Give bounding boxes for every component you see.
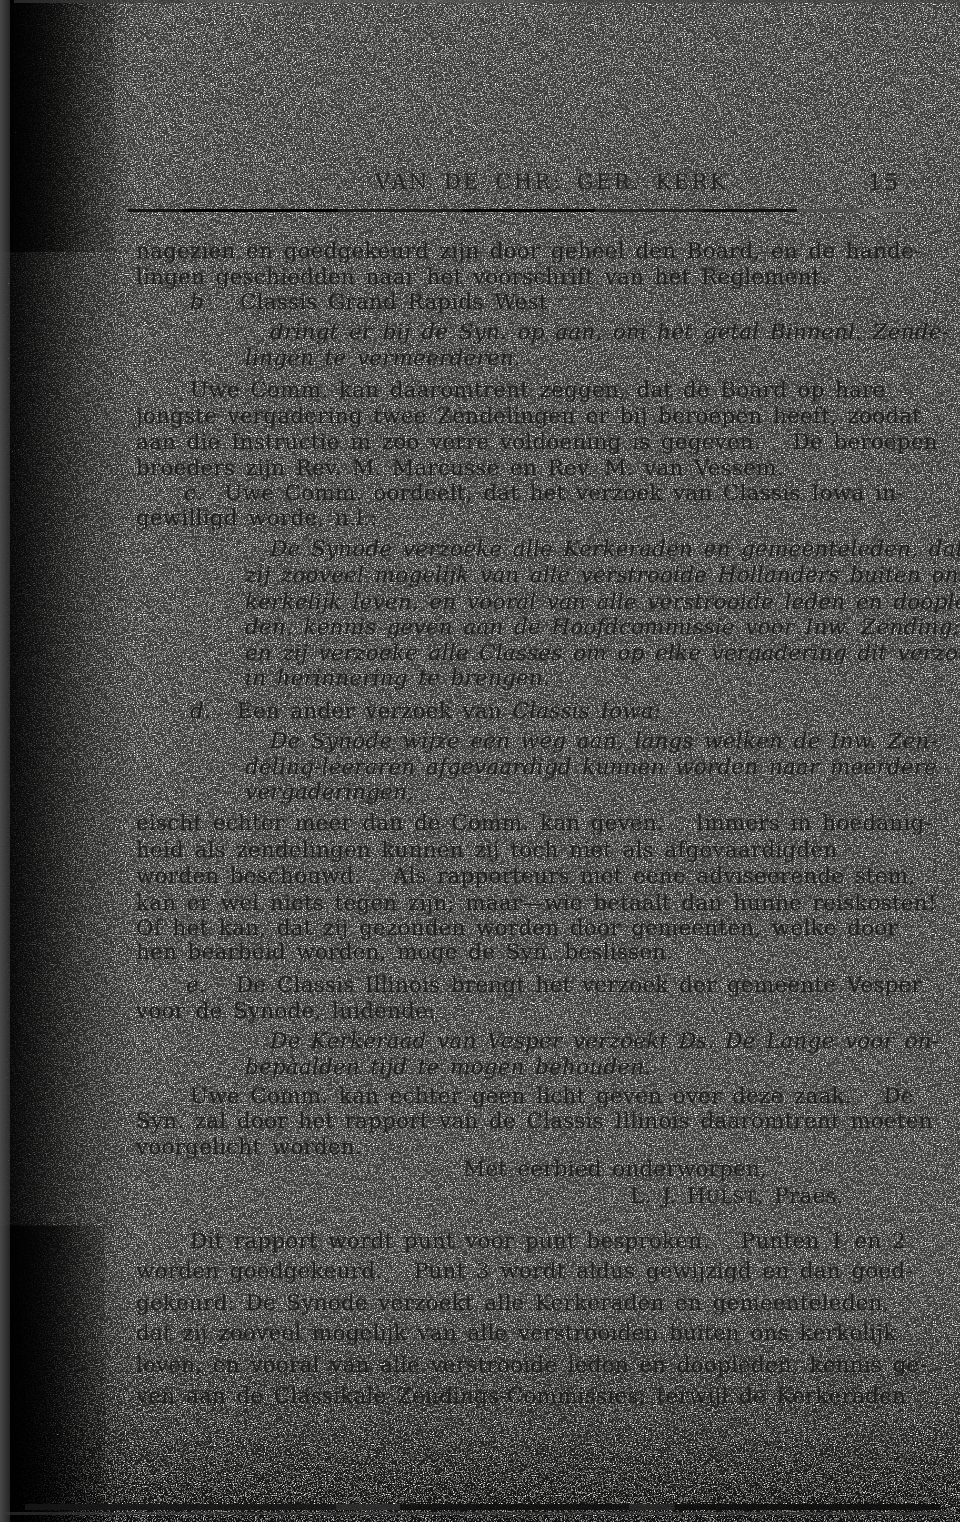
item-marker: b (190, 291, 204, 315)
body-line: hen bearbeid worden, moge de Syn. beslis… (136, 941, 673, 965)
body-line: broeders zijn Rev. M. Marcusse en Rev. M… (136, 457, 784, 481)
body-line: aan die Instructie in zoo verre voldoeni… (136, 431, 938, 455)
quote-line: De Synode wijze een weg aan, langs welke… (270, 730, 937, 754)
closing-line: Met eerbied onderworpen, (463, 1158, 767, 1182)
body-line: kan er wel niets tegen zijn; maar—wie be… (136, 892, 937, 916)
item-b-line: bClassis Grand Rapids West (190, 291, 548, 315)
body-line: gewilligd worde, n.l.: (136, 507, 378, 531)
body-line: gekeurd: De Synode verzoekt alle Kerkera… (136, 1292, 890, 1316)
quote-line: vergaderingen, (245, 781, 414, 805)
body-line: heid als zendelingen kunnen zij toch nie… (136, 839, 837, 863)
body-line: worden beschouwd. Als rapporteurs met ee… (136, 865, 915, 889)
body-line: dat zij zooveel mogelijk van alle verstr… (136, 1322, 897, 1346)
body-line: Syn. zal door het rapport van de Classis… (136, 1110, 933, 1134)
quote-line: De Kerkeraad van Vesper verzoekt Ds. De … (270, 1030, 939, 1054)
body-line: jongste vergadering twee Zendelingen er … (136, 405, 921, 429)
quote-line: en zij verzoeke alle Classes om op elke … (245, 642, 960, 666)
item-text-italic: Classis Iowa: (512, 699, 661, 724)
body-line: nagezien en goedgekeurd zijn door geheel… (136, 240, 921, 264)
signature-smallcaps: ULST (706, 1188, 757, 1208)
quote-line: kerkelijk leven, en vooral van alle vers… (245, 591, 960, 615)
item-e-line: e.De Classis Illinois brengt het verzoek… (186, 974, 922, 998)
body-line: voor de Synode, luidende: (136, 1000, 435, 1024)
body-line: worden goedgekeurd. Punt 3 wordt aldus g… (136, 1260, 913, 1284)
body-line: Uwe Comm. kan echter geen licht geven ov… (190, 1085, 914, 1109)
quote-line: bepàalden tijd te mogen behouden. (245, 1056, 651, 1080)
body-line: Uwe Comm. kan daaromtrent zeggen, dat de… (190, 379, 886, 403)
quote-line: in herinnering te brengen. (245, 667, 550, 691)
quote-line: lingen te vermeerderen. (245, 347, 521, 371)
item-marker: c. (184, 482, 203, 506)
signature-line: L. J. HULST, Praes. (630, 1185, 844, 1209)
item-text: Een ander verzoek van (237, 699, 512, 724)
body-line: ven aan de Classikale Zendings-Commissie… (136, 1385, 906, 1409)
body-line: leven, en vooral van alle verstrooide le… (136, 1354, 927, 1378)
item-text: De Classis Illinois brengt het verzoek d… (236, 973, 922, 998)
body-line: lingen geschiedden naar het voorschrift … (136, 266, 828, 290)
page-content: VAN DE CHR: GER. KERK 15 nagezien en goe… (0, 0, 960, 1522)
quote-line: den, kennis geven aan de Hoofdcommissie … (245, 616, 960, 640)
quote-line: zij zooveel mogelijk van alle verstrooid… (245, 564, 960, 588)
running-header: VAN DE CHR: GER. KERK (375, 170, 728, 194)
signature-prefix: L. J. H (630, 1184, 706, 1209)
item-c-line: c.Uwe Comm. oordeelt, dat het verzoek va… (184, 482, 904, 506)
item-d-line: d.Een ander verzoek van Classis Iowa: (190, 700, 661, 724)
item-text: Uwe Comm. oordeelt, dat het verzoek van … (224, 481, 903, 506)
signature-suffix: , Praes. (757, 1184, 844, 1209)
page-number: 15 (868, 171, 900, 196)
body-line: eischt echter meer dan de Comm. kan geve… (136, 812, 932, 836)
scanned-document-page: VAN DE CHR: GER. KERK 15 nagezien en goe… (0, 0, 960, 1522)
item-text: Classis Grand Rapids West (240, 290, 548, 315)
quote-line: De Synode verzoeke alle Kerkeraden en ge… (270, 538, 960, 562)
quote-line: deling-leeraren afgevaardigd kunnen word… (245, 756, 937, 780)
body-line: Of het kan, dat zij gezonden worden door… (136, 917, 898, 941)
item-marker: d. (190, 700, 211, 724)
quote-line: dringt er bij de Syn. op aan, om het get… (270, 321, 949, 345)
body-line: Dit rapport wordt punt voor punt besprok… (190, 1230, 906, 1254)
body-line: voorgelicht worden. (136, 1136, 362, 1160)
item-marker: e. (186, 974, 206, 998)
header-rule (128, 209, 906, 212)
